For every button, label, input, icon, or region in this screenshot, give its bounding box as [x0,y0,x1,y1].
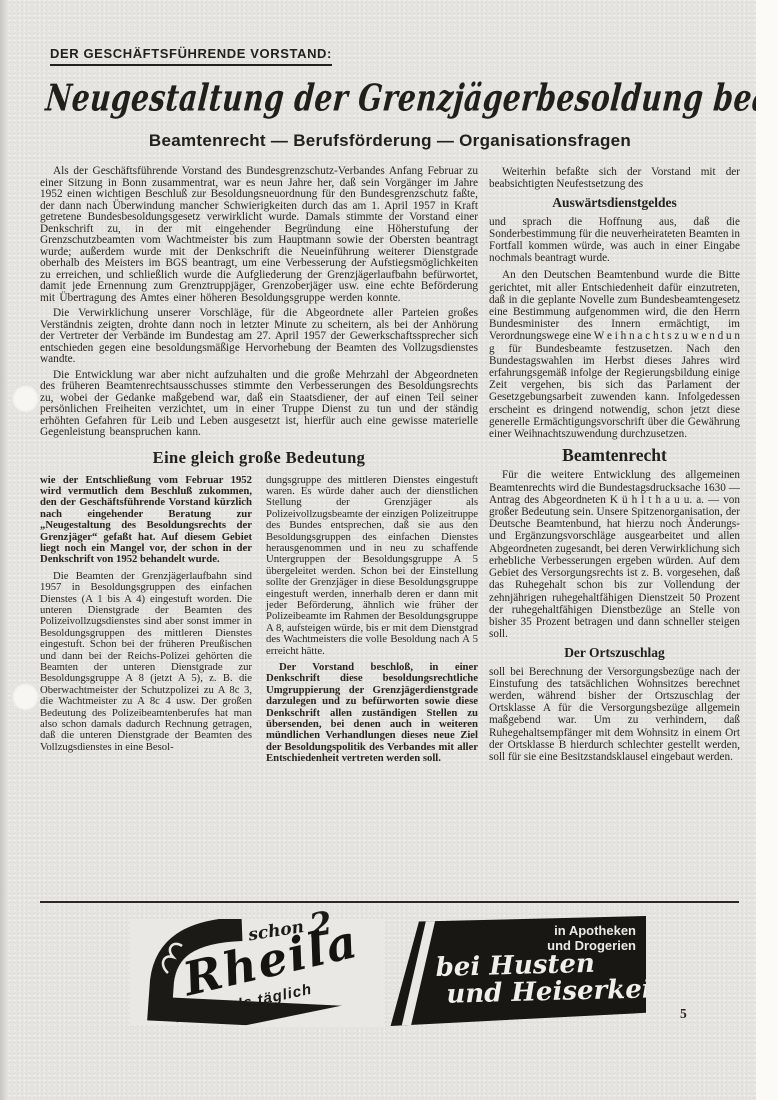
punch-hole-top [12,384,39,412]
ad-claim-line2: und Heiserkeit [446,976,664,1009]
subcol2-paragraph-1: dungsgruppe des mittleren Dienstes einge… [266,475,478,658]
ad-claim-text: bei Husten und Heiserkeit [435,949,664,1009]
subcol1-paragraph-2: Die Beamten der Grenzjägerlaufbahn sind … [40,571,252,754]
subcolumn-2: dungsgruppe des mittleren Dienstes einge… [266,475,478,770]
lead-section: Als der Geschäftsführende Vorstand des B… [40,166,478,439]
punch-hole-bottom [12,682,39,710]
kicker: DER GESCHÄFTSFÜHRENDE VORSTAND: [50,46,332,66]
page-number: 5 [680,1006,687,1022]
rheila-ad-banner: schon 2 Rheila mehrmals täglich in Apoth… [130,916,646,1028]
right-paragraph-2: und sprach die Hoffnung aus, daß die Son… [489,216,740,265]
right-paragraph-1: Weiterhin befaßte sich der Vorstand mit … [489,166,740,190]
subcolumn-1: wie der Entschließung vom Februar 1952 w… [40,475,252,770]
right-column: Weiterhin befaßte sich der Vorstand mit … [489,166,740,770]
ad-diagonal-stripe [399,909,437,1038]
ad-availability-line1: in Apotheken [547,924,636,939]
main-column: Als der Geschäftsführende Vorstand des B… [40,166,478,770]
heading-ortszuschlag: Der Ortszuschlag [489,647,740,659]
lead-paragraph-1: Als der Geschäftsführende Vorstand des B… [40,166,478,304]
scan-background-strip [756,0,778,1100]
heading-beamtenrecht: Beamtenrecht [489,449,740,461]
ad-right-panel: in Apotheken und Drogerien bei Husten un… [388,916,646,1026]
subtitle: Beamtenrecht — Berufsförderung — Organis… [40,131,740,151]
right-paragraph-5: soll bei Berechnung der Versorgungsbezüg… [489,666,740,764]
subcol1-paragraph-1: wie der Entschließung vom Februar 1952 w… [40,475,252,566]
article-columns: Als der Geschäftsführende Vorstand des B… [40,166,740,770]
subcol2-paragraph-2: Der Vorstand beschloß, in einer Denkschr… [266,662,478,765]
headline-script: Neugestaltung der Grenzjägerbesoldung be… [44,76,738,120]
horizontal-divider [40,901,739,903]
right-paragraph-3: An den Deutschen Beamtenbund wurde die B… [489,269,740,440]
ad-left-panel: schon 2 Rheila mehrmals täglich [130,919,384,1025]
heading-auswaertsdienstgeld: Auswärtsdienstgeldes [489,197,740,209]
section-subcolumns: wie der Entschließung vom Februar 1952 w… [40,475,478,770]
lead-paragraph-2: Die Verwirklichung unserer Vorschläge, f… [40,308,478,366]
section-heading: Eine gleich große Bedeutung [40,448,478,468]
lead-paragraph-3: Die Entwicklung war aber nicht aufzuhalt… [40,370,478,439]
scanned-page: DER GESCHÄFTSFÜHRENDE VORSTAND: Neugesta… [0,0,756,1100]
right-paragraph-4: Für die weitere Entwicklung des allgemei… [489,469,740,640]
page-left-edge-shadow [0,0,8,1100]
